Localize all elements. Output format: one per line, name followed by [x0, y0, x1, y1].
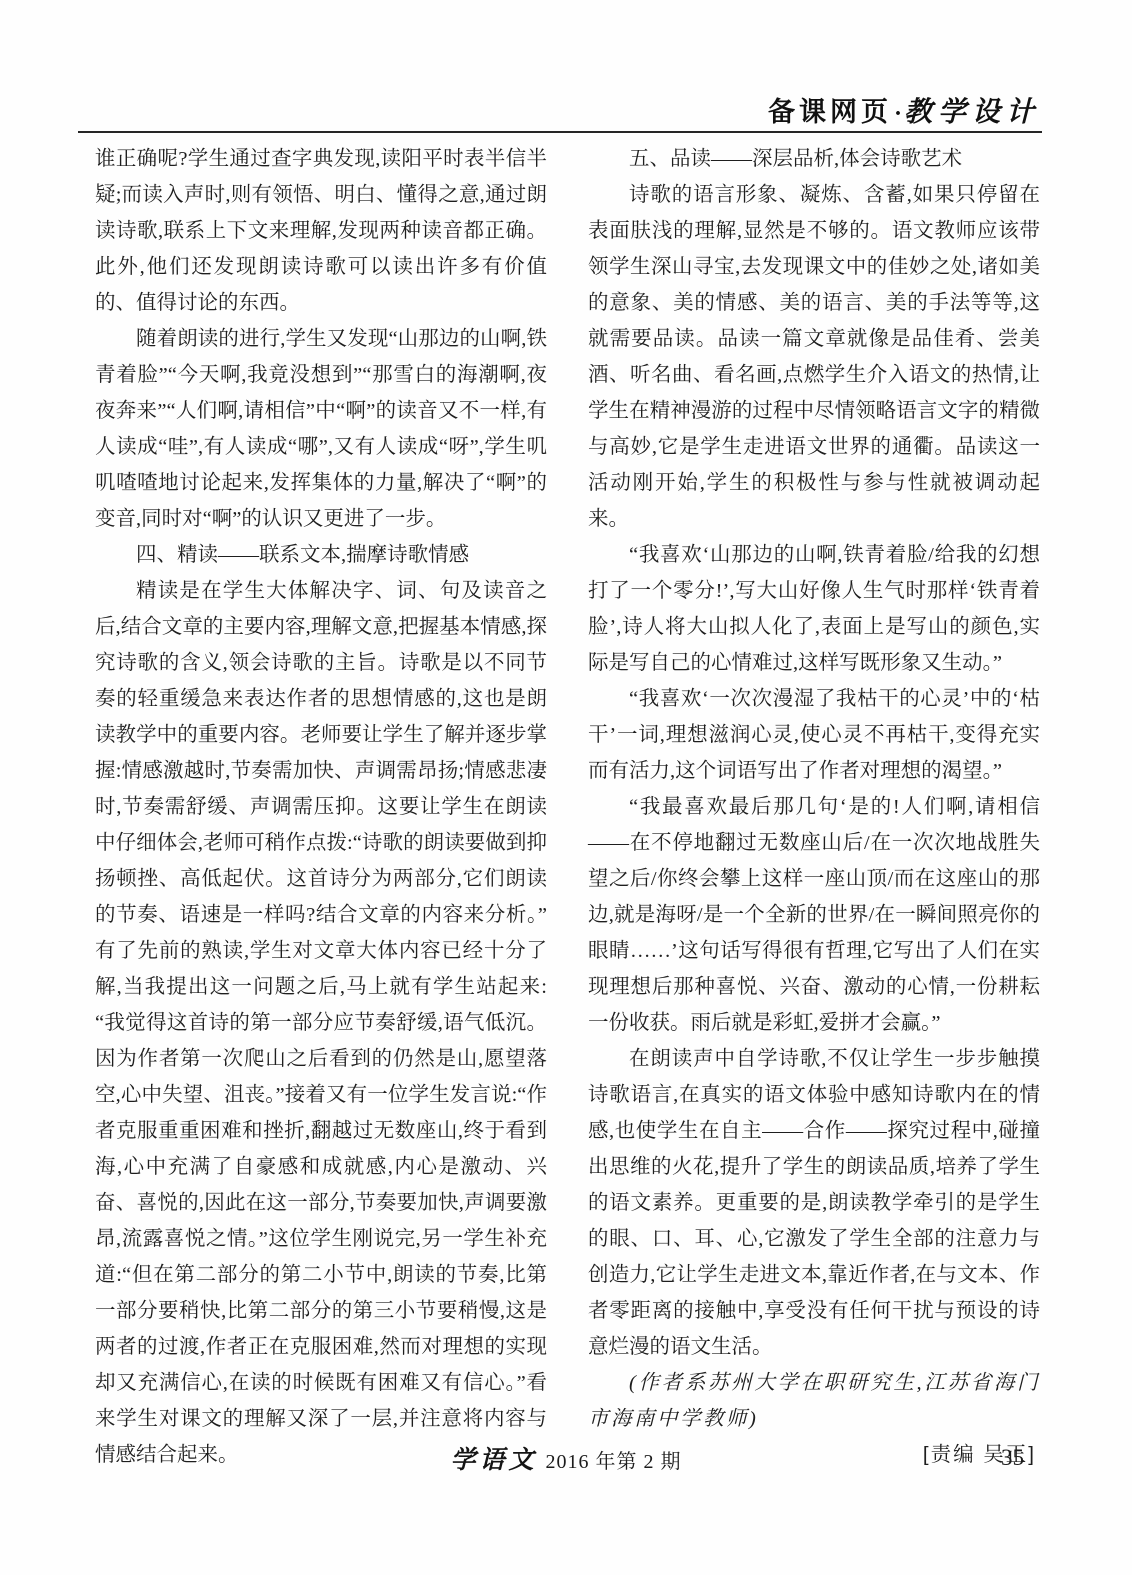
right-column: 五、品读——深层品析,体会诗歌艺术 诗歌的语言形象、凝炼、含蓄,如果只停留在表面… — [588, 141, 1040, 1473]
header-column-label: 备课网页 — [768, 97, 892, 127]
paragraph-conclusion: 在朗读声中自学诗歌,不仅让学生一步步触摸诗歌语言,在真实的语文体验中感知诗歌内在… — [588, 1041, 1040, 1365]
paragraph: 诗歌的语言形象、凝炼、含蓄,如果只停留在表面肤浅的理解,显然是不够的。语文教师应… — [588, 177, 1040, 537]
journal-logo: 学语文 — [450, 1447, 537, 1474]
paragraph-student-quote: “我最喜欢最后那几句‘是的!人们啊,请相信——在不停地翻过无数座山后/在一次次地… — [588, 789, 1040, 1041]
page-header: 备课网页·教学设计 — [80, 90, 1040, 130]
page-footer: 学语文 2016 年第 2 期 35 — [0, 1443, 1132, 1483]
header-design-label: 教学设计 — [904, 97, 1040, 128]
paragraph: 精读是在学生大体解决字、词、句及读音之后,结合文章的主要内容,理解文意,把握基本… — [95, 573, 547, 1473]
header-rule — [78, 131, 1042, 133]
paragraph-continuation: 谁正确呢?学生通过查字典发现,读阳平时表半信半疑;而读入声时,则有领悟、明白、懂… — [95, 141, 547, 321]
paragraph-student-quote: “我喜欢‘一次次漫湿了我枯干的心灵’中的‘枯干’一词,理想滋润心灵,使心灵不再枯… — [588, 681, 1040, 789]
section-heading-four: 四、精读——联系文本,揣摩诗歌情感 — [95, 537, 547, 573]
footer-issue: 2016 年第 2 期 — [546, 1451, 682, 1473]
left-column: 谁正确呢?学生通过查字典发现,读阳平时表半信半疑;而读入声时,则有领悟、明白、懂… — [95, 141, 547, 1473]
section-heading-five: 五、品读——深层品析,体会诗歌艺术 — [588, 141, 1040, 177]
journal-page: 备课网页·教学设计 谁正确呢?学生通过查字典发现,读阳平时表半信半疑;而读入声时… — [0, 0, 1132, 1575]
page-number: 35 — [1001, 1445, 1024, 1471]
paragraph: 随着朗读的进行,学生又发现“山那边的山啊,铁青着脸”“今天啊,我竟没想到”“那雪… — [95, 321, 547, 537]
paragraph-student-quote: “我喜欢‘山那边的山啊,铁青着脸/给我的幻想打了一个零分!’,写大山好像人生气时… — [588, 537, 1040, 681]
header-separator-dot: · — [894, 101, 902, 127]
footer-journal-line: 学语文 2016 年第 2 期 — [0, 1443, 1132, 1482]
author-note: (作者系苏州大学在职研究生,江苏省海门市海南中学教师) — [588, 1365, 1040, 1437]
